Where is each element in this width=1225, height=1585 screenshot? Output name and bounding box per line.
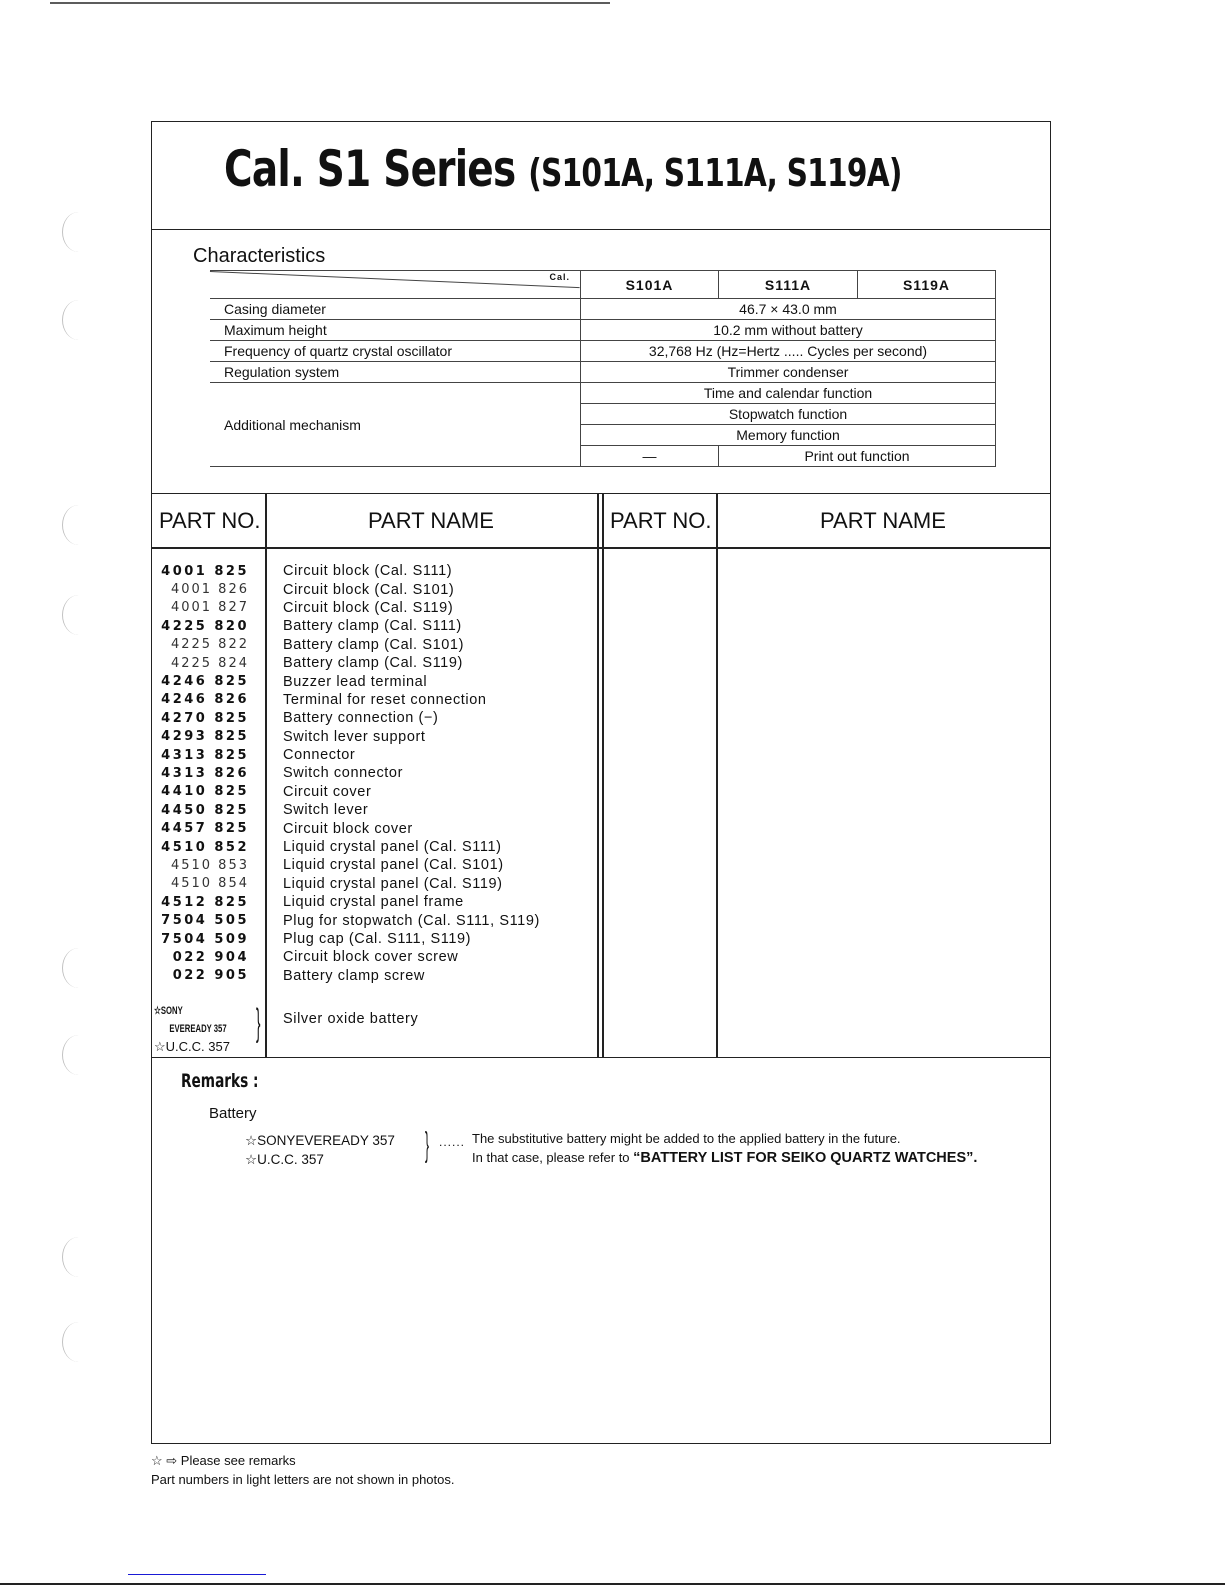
footer-notes: ☆ ⇨ Please see remarks Part numbers in l… xyxy=(151,1451,455,1489)
caliber-s119a: S119A xyxy=(858,271,996,299)
s101a-print-out-value: — xyxy=(581,446,719,467)
part-name: Liquid crystal panel (Cal. S101) xyxy=(283,857,504,873)
title-sub: (S101A, S111A, S119A) xyxy=(528,151,901,195)
part-number: 4510 854 xyxy=(152,876,249,891)
table-row: 4270 825Battery connection (−) xyxy=(152,709,602,727)
char-row: Additional mechanism Time and calendar f… xyxy=(210,383,996,404)
char-row: Casing diameter 46.7 × 43.0 mm xyxy=(210,299,996,320)
header-divider xyxy=(152,547,1050,549)
part-name: Switch connector xyxy=(283,765,403,781)
char-label: Regulation system xyxy=(210,362,581,383)
table-row: 4457 825Circuit block cover xyxy=(152,819,602,837)
part-number: 4510 853 xyxy=(152,858,249,873)
leader-dots: ...... xyxy=(439,1135,465,1149)
part-name: Plug for stopwatch (Cal. S111, S119) xyxy=(283,913,540,929)
part-name: Circuit block (Cal. S101) xyxy=(283,582,454,598)
binder-hole-mark xyxy=(62,1035,95,1075)
table-row: 4510 852Liquid crystal panel (Cal. S111) xyxy=(152,838,602,856)
battery-code: ☆U.C.C. 357 xyxy=(154,1039,230,1054)
characteristics-table: Cal. S101A S111A S119A Casing diameter 4… xyxy=(210,270,996,467)
part-name: Liquid crystal panel (Cal. S119) xyxy=(283,876,503,892)
part-number: 4313 825 xyxy=(152,748,249,763)
column-divider xyxy=(602,494,604,1057)
char-value: Trimmer condenser xyxy=(581,362,996,383)
part-number: 4512 825 xyxy=(152,895,249,910)
part-name: Circuit block cover xyxy=(283,821,413,837)
part-name: Switch lever support xyxy=(283,729,426,745)
part-number: 4246 826 xyxy=(152,692,249,707)
char-row: Regulation system Trimmer condenser xyxy=(210,362,996,383)
part-no-header-right: PART NO. xyxy=(610,508,711,534)
table-row: 4225 822Battery clamp (Cal. S101) xyxy=(152,636,602,654)
remarks-line-2: In that case, please refer to “BATTERY L… xyxy=(472,1149,1032,1168)
table-row: 4246 826Terminal for reset connection xyxy=(152,691,602,709)
remarks-battery-item: ☆SONYEVEREADY 357 xyxy=(245,1131,395,1150)
remarks-battery-items: ☆SONYEVEREADY 357 ☆U.C.C. 357 xyxy=(245,1131,395,1169)
footer-legend: ☆ ⇨ Please see remarks xyxy=(151,1451,455,1470)
part-name: Battery clamp (Cal. S119) xyxy=(283,655,463,671)
battery-part-name: Silver oxide battery xyxy=(283,1011,418,1027)
brace-glyph: } xyxy=(256,1004,260,1042)
table-row: 7504 509Plug cap (Cal. S111, S119) xyxy=(152,930,602,948)
diagonal-header-cell: Cal. xyxy=(210,271,581,299)
table-row: 4450 825Switch lever xyxy=(152,801,602,819)
part-name: Circuit block (Cal. S119) xyxy=(283,600,453,616)
part-name: Battery connection (−) xyxy=(283,710,438,726)
table-row: 4510 853Liquid crystal panel (Cal. S101) xyxy=(152,856,602,874)
part-number: 022 905 xyxy=(152,968,249,983)
table-row: 4225 824Battery clamp (Cal. S119) xyxy=(152,654,602,672)
remarks-battery-label: Battery xyxy=(209,1105,257,1122)
cal-label: Cal. xyxy=(549,272,570,282)
part-name: Circuit block (Cal. S111) xyxy=(283,563,452,579)
column-divider xyxy=(716,494,718,1057)
spec-sheet-frame: Cal. S1 Series (S101A, S111A, S119A) Cha… xyxy=(151,121,1051,1444)
part-name-header-left: PART NAME xyxy=(368,508,494,534)
part-number: 4225 824 xyxy=(152,656,249,671)
part-name: Terminal for reset connection xyxy=(283,692,487,708)
table-row: 4001 826Circuit block (Cal. S101) xyxy=(152,580,602,598)
part-number: 4225 822 xyxy=(152,637,249,652)
remarks-battery-item: ☆U.C.C. 357 xyxy=(245,1150,395,1169)
additional-mechanism-value: Stopwatch function xyxy=(581,404,996,425)
part-number: 4225 820 xyxy=(152,619,249,634)
binder-hole-mark xyxy=(62,505,95,545)
binder-hole-mark xyxy=(62,1237,95,1277)
remarks-line-2-prefix: In that case, please refer to xyxy=(472,1150,633,1165)
remarks-heading: Remarks : xyxy=(181,1070,259,1092)
remarks-text: The substitutive battery might be added … xyxy=(472,1130,1032,1167)
char-label: Frequency of quartz crystal oscillator xyxy=(210,341,581,362)
title-main: Cal. S1 Series xyxy=(224,140,515,198)
binder-hole-mark xyxy=(62,948,95,988)
char-value: 46.7 × 43.0 mm xyxy=(581,299,996,320)
battery-codes: ☆SONY EVEREADY 357 ☆U.C.C. 357 xyxy=(154,1002,258,1057)
table-row: 4313 826Switch connector xyxy=(152,764,602,782)
part-number: 4001 827 xyxy=(152,600,249,615)
part-name: Battery clamp screw xyxy=(283,968,425,984)
battery-entry: ☆SONY EVEREADY 357 ☆U.C.C. 357 } Silver … xyxy=(152,1002,602,1056)
table-row: 4510 854Liquid crystal panel (Cal. S119) xyxy=(152,875,602,893)
part-name-header-right: PART NAME xyxy=(820,508,946,534)
binder-hole-mark xyxy=(62,212,95,252)
part-number: 4293 825 xyxy=(152,729,249,744)
table-row: 022 904Circuit block cover screw xyxy=(152,948,602,966)
binder-hole-mark xyxy=(62,595,95,635)
part-name: Switch lever xyxy=(283,802,368,818)
title-box: Cal. S1 Series (S101A, S111A, S119A) xyxy=(152,122,1050,230)
caliber-s101a: S101A xyxy=(581,271,719,299)
battery-code: ☆SONY xyxy=(154,1002,183,1020)
part-name: Connector xyxy=(283,747,355,763)
print-out-value: Print out function xyxy=(719,446,996,467)
part-number: 4001 826 xyxy=(152,582,249,597)
char-row: Maximum height 10.2 mm without battery xyxy=(210,320,996,341)
table-row: 4512 825Liquid crystal panel frame xyxy=(152,893,602,911)
binder-hole-mark xyxy=(62,300,95,340)
brace-glyph: } xyxy=(425,1126,429,1165)
table-row: 4293 825Switch lever support xyxy=(152,728,602,746)
table-row: 4001 825Circuit block (Cal. S111) xyxy=(152,562,602,580)
part-number: 7504 505 xyxy=(152,913,249,928)
table-row: 4410 825Circuit cover xyxy=(152,783,602,801)
table-row: 4246 825Buzzer lead terminal xyxy=(152,672,602,690)
part-name: Liquid crystal panel (Cal. S111) xyxy=(283,839,502,855)
part-name: Battery clamp (Cal. S101) xyxy=(283,637,464,653)
scan-top-rule xyxy=(50,2,610,4)
part-number: 7504 509 xyxy=(152,932,249,947)
page-title: Cal. S1 Series (S101A, S111A, S119A) xyxy=(224,140,902,198)
part-name: Plug cap (Cal. S111, S119) xyxy=(283,931,471,947)
table-row: 4225 820Battery clamp (Cal. S111) xyxy=(152,617,602,635)
part-number: 4270 825 xyxy=(152,711,249,726)
part-number: 4457 825 xyxy=(152,821,249,836)
binder-hole-mark xyxy=(62,1322,95,1362)
table-row: 4001 827Circuit block (Cal. S119) xyxy=(152,599,602,617)
char-row: Frequency of quartz crystal oscillator 3… xyxy=(210,341,996,362)
part-name: Liquid crystal panel frame xyxy=(283,894,464,910)
part-number: 022 904 xyxy=(152,950,249,965)
part-name: Circuit block cover screw xyxy=(283,949,458,965)
part-name: Buzzer lead terminal xyxy=(283,674,427,690)
additional-mechanism-value: Memory function xyxy=(581,425,996,446)
part-name: Circuit cover xyxy=(283,784,371,800)
battery-code: EVEREADY 357 xyxy=(154,1020,227,1038)
part-number: 4001 825 xyxy=(152,564,249,579)
caliber-header-row: Cal. S101A S111A S119A xyxy=(210,271,996,299)
additional-mechanism-value: Time and calendar function xyxy=(581,383,996,404)
char-value: 10.2 mm without battery xyxy=(581,320,996,341)
caliber-s111a: S111A xyxy=(719,271,858,299)
parts-table: PART NO. PART NAME PART NO. PART NAME 40… xyxy=(152,493,1050,1058)
part-number: 4410 825 xyxy=(152,784,249,799)
page-link-underline[interactable] xyxy=(128,1574,266,1575)
part-number: 4246 825 xyxy=(152,674,249,689)
part-number: 4313 826 xyxy=(152,766,249,781)
footer-note: Part numbers in light letters are not sh… xyxy=(151,1470,455,1489)
diagonal-divider xyxy=(210,271,580,288)
table-row: 7504 505Plug for stopwatch (Cal. S111, S… xyxy=(152,911,602,929)
characteristics-heading: Characteristics xyxy=(193,245,325,268)
remarks-line-1: The substitutive battery might be added … xyxy=(472,1130,1032,1149)
table-row: 4313 825Connector xyxy=(152,746,602,764)
part-no-header-left: PART NO. xyxy=(159,508,260,534)
part-number: 4450 825 xyxy=(152,803,249,818)
char-label: Maximum height xyxy=(210,320,581,341)
part-name: Battery clamp (Cal. S111) xyxy=(283,618,462,634)
part-number: 4510 852 xyxy=(152,840,249,855)
parts-list: 4001 825Circuit block (Cal. S111)4001 82… xyxy=(152,562,602,985)
battery-list-reference: “BATTERY LIST FOR SEIKO QUARTZ WATCHES”. xyxy=(633,1150,977,1166)
char-value: 32,768 Hz (Hz=Hertz ..... Cycles per sec… xyxy=(581,341,996,362)
char-label: Casing diameter xyxy=(210,299,581,320)
table-row: 022 905Battery clamp screw xyxy=(152,967,602,985)
additional-mechanism-label: Additional mechanism xyxy=(210,383,581,467)
